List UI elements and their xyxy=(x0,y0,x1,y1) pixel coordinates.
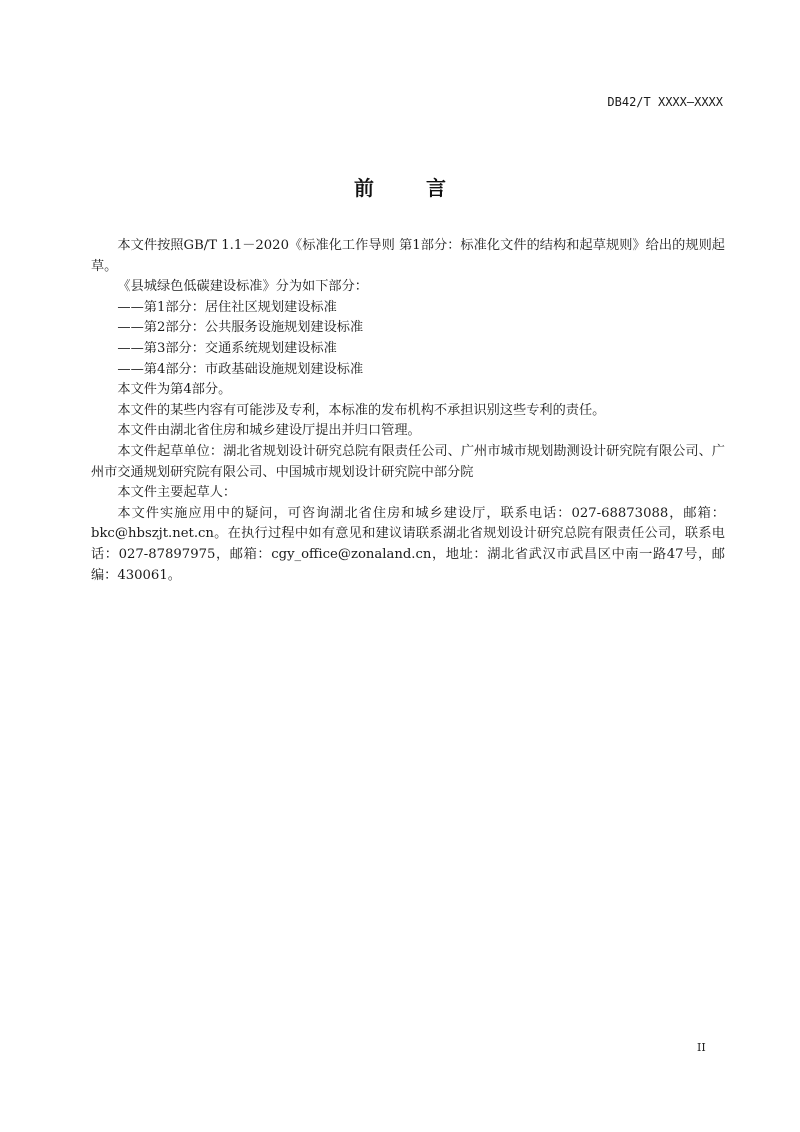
paragraph-patent-notice: 本文件的某些内容有可能涉及专利，本标准的发布机构不承担识别这些专利的责任。 xyxy=(91,401,725,422)
paragraph-drafting-rules: 本文件按照GB/T 1.1－2020《标准化工作导则 第1部分：标准化文件的结构… xyxy=(91,236,725,277)
list-item-part-3: ——第3部分：交通系统规划建设标准 xyxy=(91,339,725,360)
document-page: DB42/T XXXX—XXXX 前言 本文件按照GB/T 1.1－2020《标… xyxy=(0,0,800,1132)
paragraph-parts-intro: 《县城绿色低碳建设标准》分为如下部分： xyxy=(91,277,725,298)
title-char-1: 前 xyxy=(354,172,374,201)
list-item-part-2: ——第2部分：公共服务设施规划建设标准 xyxy=(91,318,725,339)
paragraph-drafting-units: 本文件起草单位：湖北省规划设计研究总院有限责任公司、广州市城市规划勘测设计研究院… xyxy=(91,442,725,483)
page-title: 前言 xyxy=(0,172,800,201)
foreword-body: 本文件按照GB/T 1.1－2020《标准化工作导则 第1部分：标准化文件的结构… xyxy=(91,236,725,586)
list-item-part-4: ——第4部分：市政基础设施规划建设标准 xyxy=(91,360,725,381)
standard-code: DB42/T XXXX—XXXX xyxy=(607,95,723,109)
paragraph-proposer: 本文件由湖北省住房和城乡建设厅提出并归口管理。 xyxy=(91,421,725,442)
paragraph-contact-info: 本文件实施应用中的疑问，可咨询湖北省住房和城乡建设厅，联系电话：027-6887… xyxy=(91,504,725,586)
title-char-2: 言 xyxy=(426,172,446,201)
paragraph-this-part: 本文件为第4部分。 xyxy=(91,380,725,401)
list-item-part-1: ——第1部分：居住社区规划建设标准 xyxy=(91,298,725,319)
paragraph-drafters: 本文件主要起草人： xyxy=(91,483,725,504)
page-number: II xyxy=(697,1041,706,1054)
